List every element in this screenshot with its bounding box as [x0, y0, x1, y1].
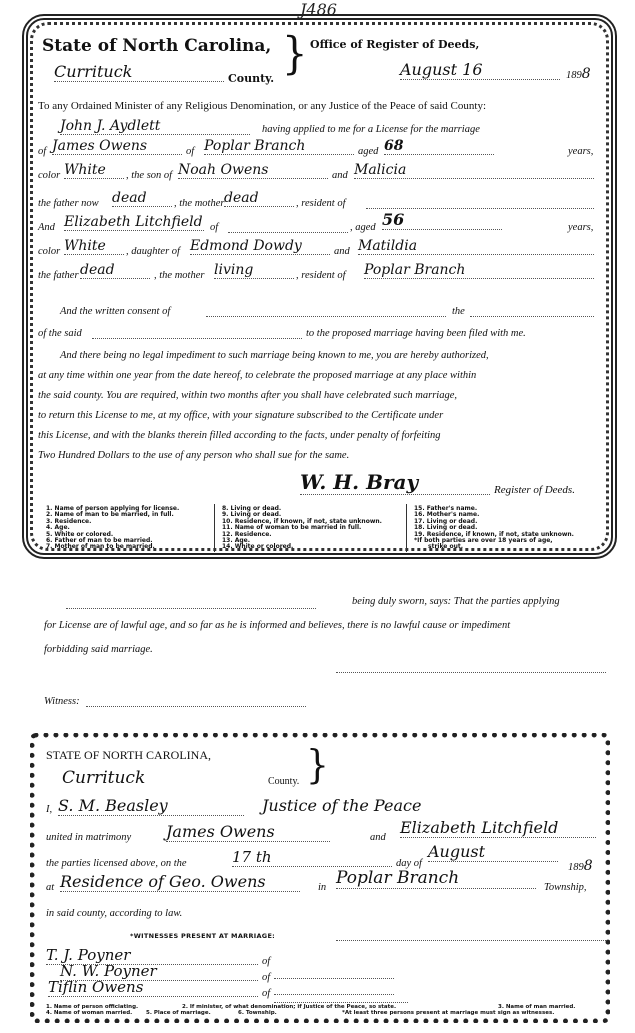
body-line-6: Two Hundred Dollars to the use of any pe…: [38, 450, 349, 461]
groom-name: James Owens: [52, 138, 182, 155]
license-county-label: County.: [228, 72, 274, 85]
at-label: at: [46, 882, 54, 893]
bride-name: Elizabeth Litchfield: [64, 214, 204, 231]
consent-filed: to the proposed marriage having been fil…: [306, 328, 526, 339]
and-label: and: [332, 170, 348, 181]
certificate-key-2b: 5. Place of marriage.: [146, 1010, 211, 1016]
officiant-prefix: I,: [46, 804, 52, 815]
witness-blank: [86, 706, 306, 707]
certificate-key-2c: 6. Township.: [238, 1010, 277, 1016]
groom-father: Noah Owens: [178, 162, 328, 179]
day-value: 17 th: [232, 848, 392, 867]
certificate-key-2d: *At least three persons present at marri…: [342, 1010, 554, 1016]
consent-text: And the written consent of: [60, 306, 170, 317]
brace-icon: }: [282, 32, 307, 76]
consent-of-said: of the said: [38, 328, 82, 339]
witness-residence-1: [274, 966, 394, 979]
and-bride-label: And: [38, 222, 55, 233]
key-column-3: 15. Father's name.16. Mother's name.17. …: [414, 506, 584, 551]
color-label: color: [38, 170, 60, 181]
consent-the: the: [452, 306, 465, 317]
witness-of-2: of: [262, 972, 270, 983]
year-prefix: 189: [566, 70, 582, 81]
parties-label: the parties licensed above, on the: [46, 858, 187, 869]
bride-mother-label: , the mother: [154, 270, 204, 281]
bride-of-label: of: [210, 222, 218, 233]
body-line-5: this License, and with the blanks therei…: [38, 430, 441, 441]
father-now-label: the father now: [38, 198, 99, 209]
bride-mother-status: living: [214, 262, 294, 279]
license-date-value: August 16: [400, 60, 560, 80]
bride-aged-label: , aged: [350, 222, 376, 233]
aged-label: aged: [358, 146, 378, 157]
officiant-name: S. M. Beasley: [58, 796, 244, 816]
office-label: Office of Register of Deeds,: [310, 38, 479, 51]
township-label: Township,: [544, 882, 587, 893]
witness-of-3: of: [262, 988, 270, 999]
groom-residence: Poplar Branch: [204, 138, 354, 155]
bride-years-label: years,: [568, 222, 593, 233]
consent-relation-blank: [470, 316, 594, 317]
witness-residence-2: [274, 982, 394, 995]
united-label: united in matrimony: [46, 832, 131, 843]
bride-mother: Matildia: [358, 238, 594, 255]
license-state-heading: State of North Carolina,: [42, 36, 271, 56]
register-signature: W. H. Bray: [300, 470, 490, 495]
officiant-signature-blank: [336, 940, 606, 941]
witness-residence-3: [274, 998, 408, 1003]
applicant-name: John J. Aydlett: [60, 118, 250, 135]
certificate-year-prefix: 189: [568, 862, 584, 873]
key-column-1: 1. Name of person applying for license.2…: [46, 506, 186, 551]
bride-parents-residence: Poplar Branch: [364, 262, 594, 279]
bride-resident-label: , resident of: [296, 270, 345, 281]
certificate-year-suffix: 8: [584, 858, 593, 874]
bride-age: 56: [382, 210, 502, 230]
certificate-key-2a: 4. Name of woman married.: [46, 1010, 132, 1016]
township-value: Poplar Branch: [336, 868, 536, 889]
witness-name-3: Tiflin Owens: [48, 978, 258, 997]
groom-color: White: [64, 162, 124, 179]
bride-father: Edmond Dowdy: [190, 238, 330, 255]
salutation: To any Ordained Minister of any Religiou…: [38, 100, 486, 112]
serial-mark: J486: [300, 0, 337, 19]
years-label: years,: [568, 146, 593, 157]
month-value: August: [428, 842, 558, 862]
daughter-of-label: , daughter of: [126, 246, 180, 257]
bride-color-label: color: [38, 246, 60, 257]
bride-residence: [228, 214, 348, 233]
son-of-label: , the son of: [126, 170, 172, 181]
key-divider: [406, 504, 407, 552]
applied-text: having applied to me for a License for t…: [262, 124, 480, 135]
bride-father-status: dead: [80, 262, 150, 279]
resident-of-label: , resident of: [296, 198, 345, 209]
certificate-and-label: and: [370, 832, 386, 843]
affidavit-line-2: for License are of lawful age, and so fa…: [44, 620, 510, 631]
mother-label: , the mother: [174, 198, 224, 209]
in-label: in: [318, 882, 326, 893]
license-county-value: Currituck: [54, 62, 224, 82]
place-value: Residence of Geo. Owens: [60, 872, 300, 892]
bride-color: White: [64, 238, 124, 255]
groom-mother: Malicia: [354, 162, 594, 179]
certificate-county-label: County.: [268, 776, 299, 787]
certificate-bride-name: Elizabeth Litchfield: [400, 818, 596, 838]
body-line-3: the said county. You are required, withi…: [38, 390, 457, 401]
body-line-4: to return this License to me, at my offi…: [38, 410, 443, 421]
groom-mother-status: dead: [224, 190, 294, 207]
body-line-1: And there being no legal impediment to s…: [60, 350, 489, 361]
sworn-text: being duly sworn, says: That the parties…: [352, 596, 560, 607]
affidavit-line-3: forbidding said marriage.: [44, 644, 153, 655]
certificate-state-heading: STATE OF NORTH CAROLINA,: [46, 748, 211, 763]
key-divider: [214, 504, 215, 552]
of-label: of: [38, 146, 46, 157]
bride-and-label: and: [334, 246, 350, 257]
bride-father-label: the father: [38, 270, 79, 281]
register-title: Register of Deeds.: [494, 484, 575, 496]
affiant-blank: [66, 608, 316, 609]
groom-age: 68: [384, 138, 494, 155]
certificate-groom-name: James Owens: [166, 822, 330, 842]
officiant-title: Justice of the Peace: [262, 796, 421, 815]
witnesses-header: *WITNESSES PRESENT AT MARRIAGE:: [130, 932, 275, 940]
law-text: in said county, according to law.: [46, 908, 182, 919]
groom-parents-residence: [366, 190, 594, 209]
affiant-signature-blank: [336, 672, 606, 673]
body-line-2: at any time within one year from the dat…: [38, 370, 476, 381]
groom-father-status: dead: [112, 190, 172, 207]
key-column-2: 8. Living or dead.9. Living or dead.10. …: [222, 506, 382, 551]
consent-party-blank: [92, 338, 302, 339]
witness-of-1: of: [262, 956, 270, 967]
brace-icon: }: [306, 744, 329, 788]
year-suffix: 8: [582, 66, 591, 82]
consent-name-blank: [206, 316, 446, 317]
of-label-2: of: [186, 146, 194, 157]
witness-label: Witness:: [44, 696, 80, 707]
certificate-county-value: Currituck: [62, 768, 145, 788]
